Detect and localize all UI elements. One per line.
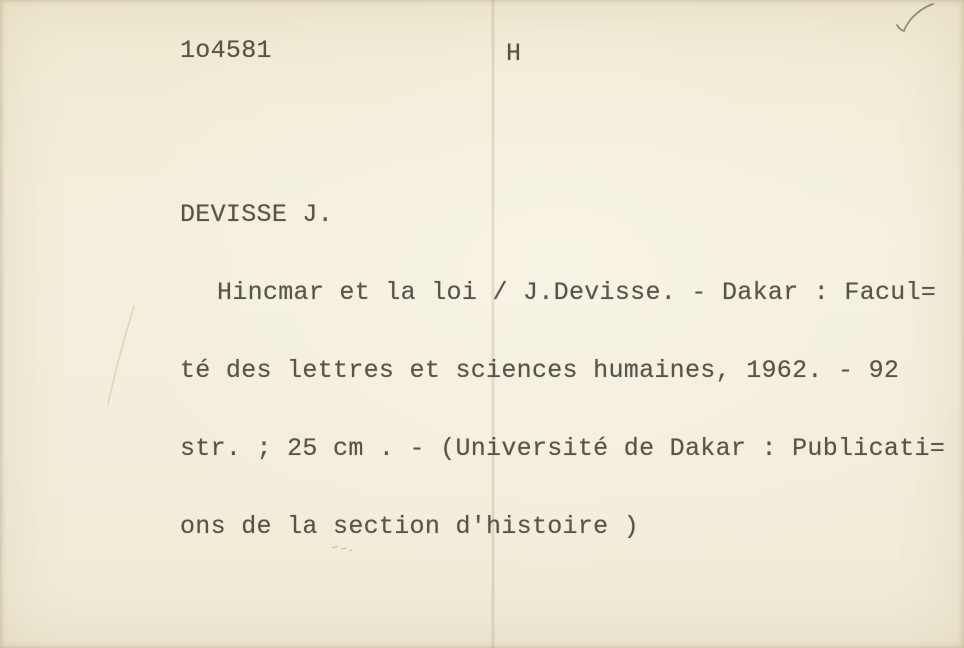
entry-line-1: Hincmar et la loi / J.Devisse. - Dakar :… [180,280,945,306]
pencil-streak [100,300,148,410]
catalog-entry: DEVISSE J. Hincmar et la loi / J.Devisse… [180,150,945,592]
call-number: 1o4581 [180,38,272,64]
author-heading: DEVISSE J. [180,202,945,228]
checkmark-icon [891,1,945,41]
catalog-card: 1o4581 H DEVISSE J. Hincmar et la loi / … [0,0,964,648]
entry-line-3: str. ; 25 cm . - (Université de Dakar : … [180,436,945,462]
entry-line-4: ons de la section d'histoire ) [180,514,945,540]
entry-line-2: té des lettres et sciences humaines, 196… [180,358,945,384]
shelf-letter: H [506,41,521,67]
